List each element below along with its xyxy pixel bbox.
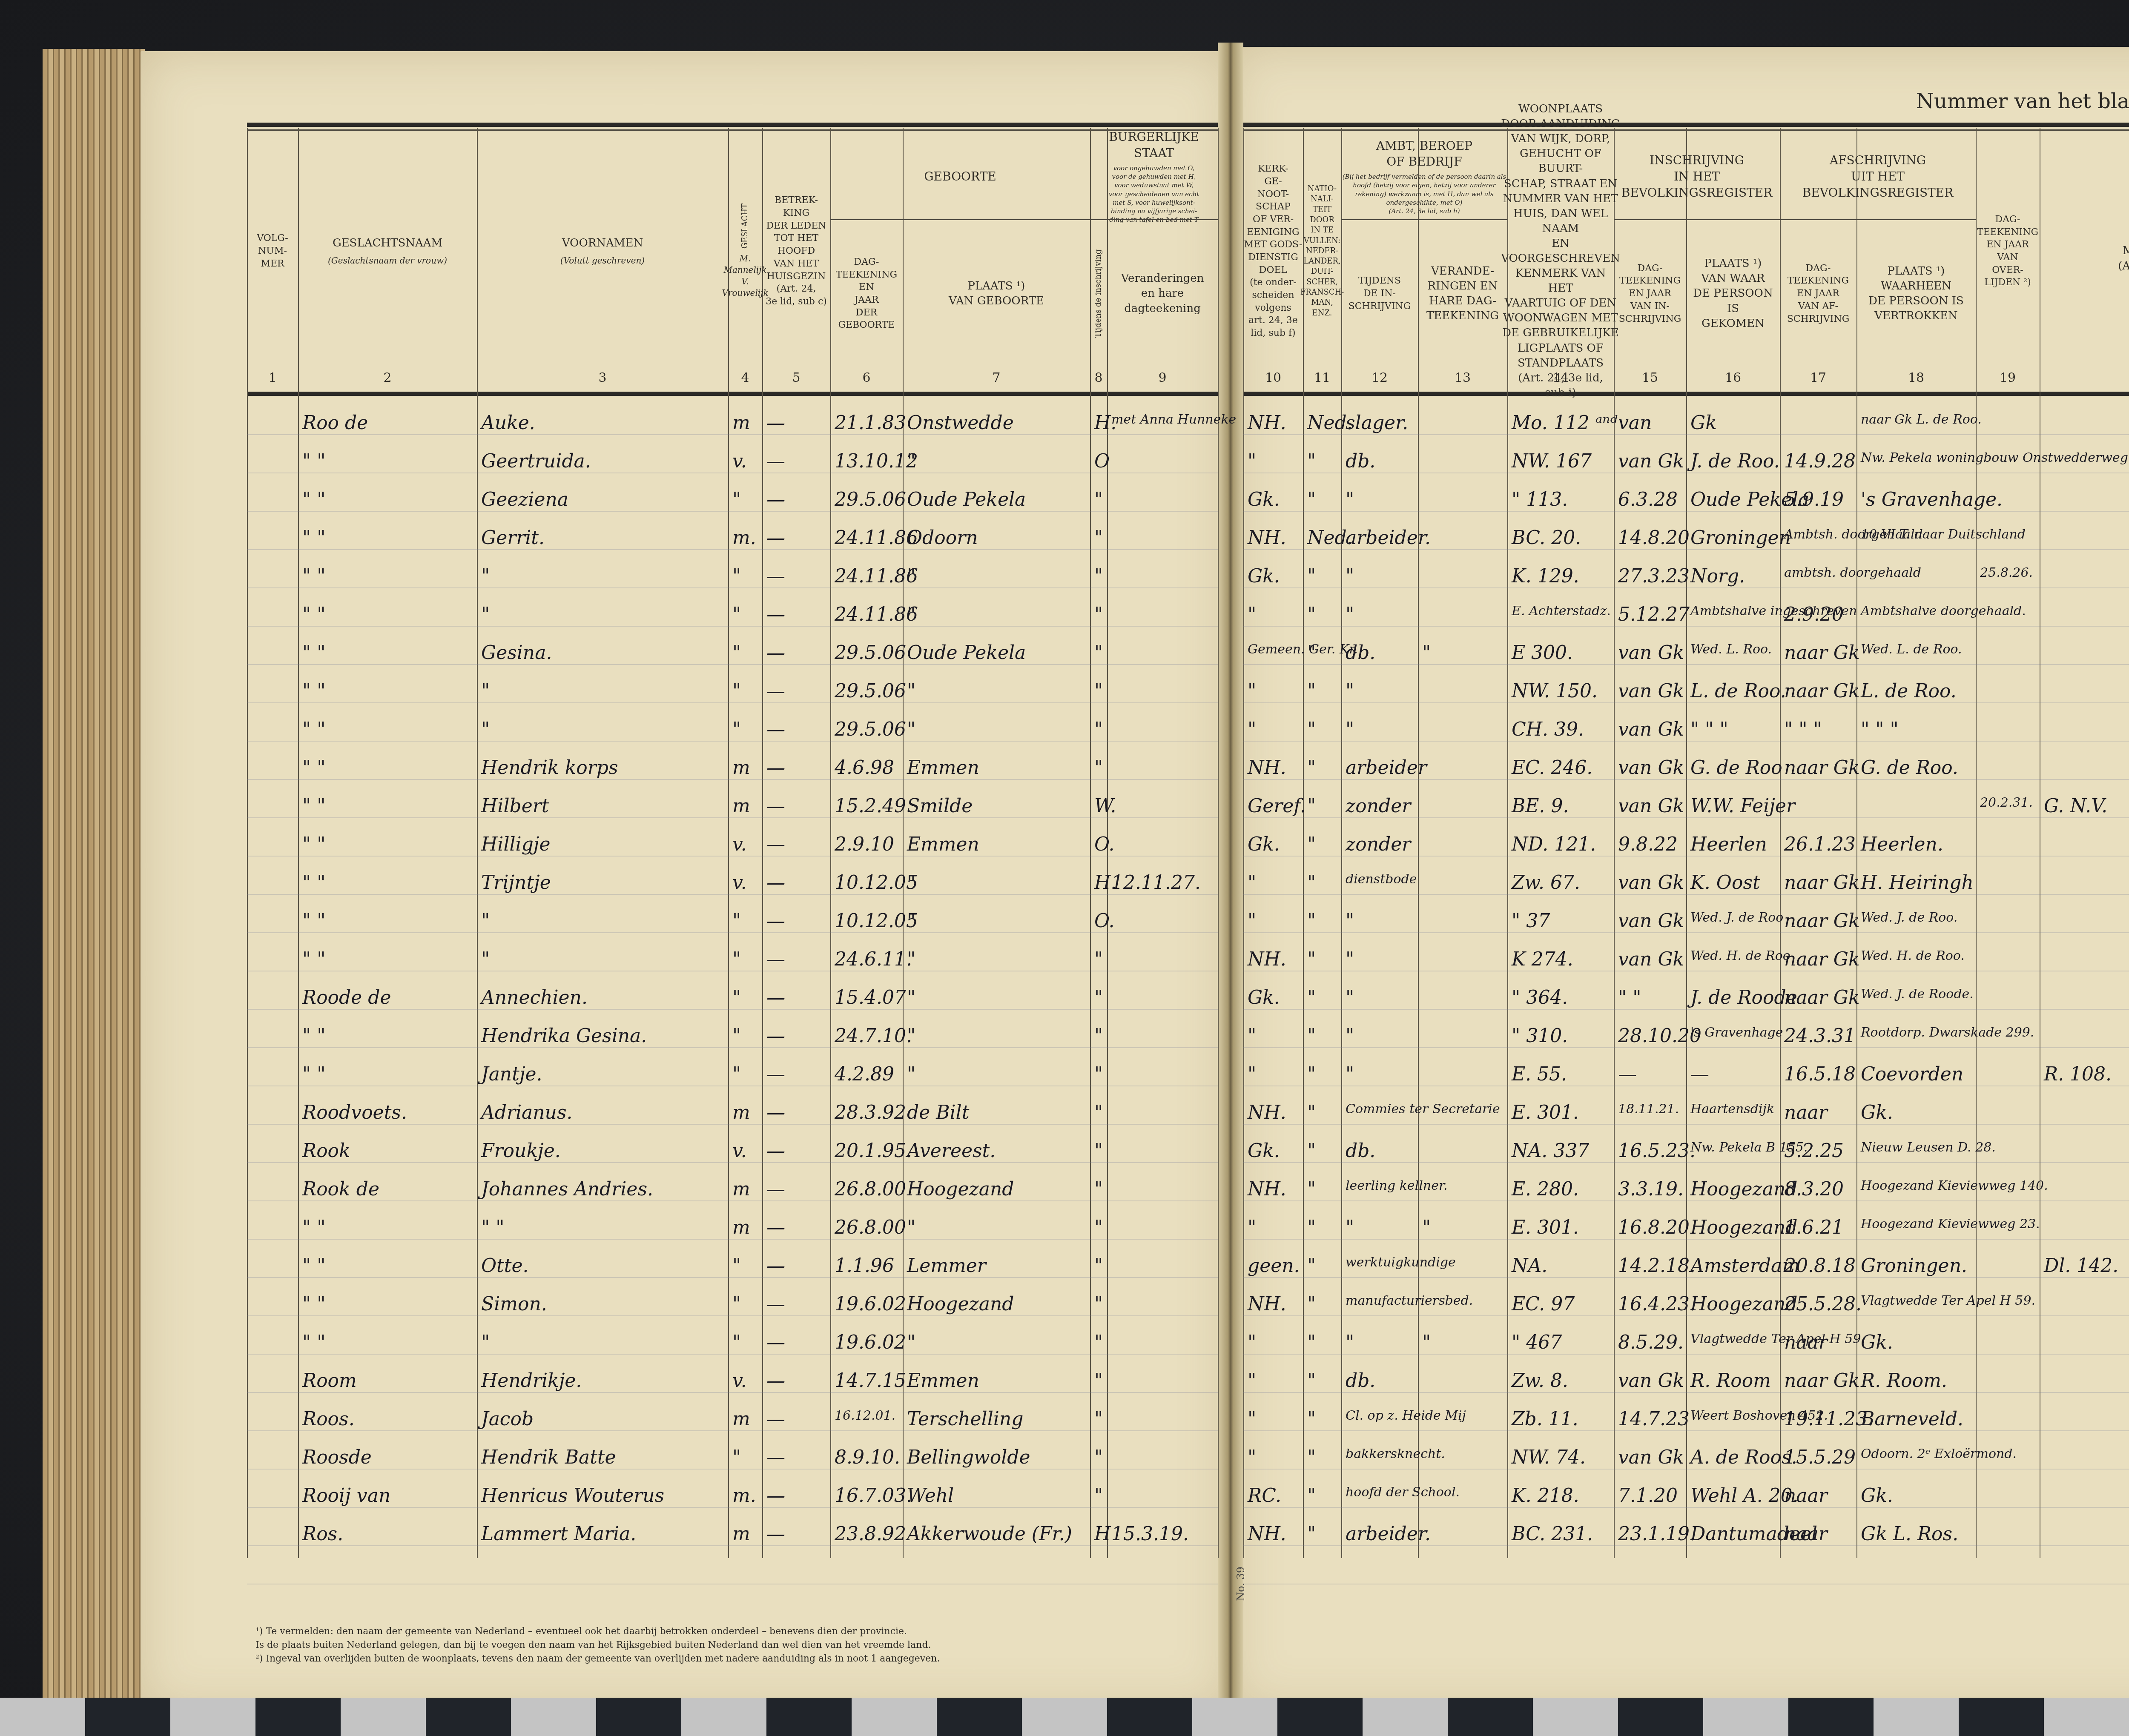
- group-rule: [830, 219, 1090, 220]
- cell-col-8: ": [1094, 1255, 1103, 1277]
- cell-col-5: —: [766, 412, 785, 434]
- cell-col-15: van Gk: [1618, 1447, 1684, 1468]
- column-line: [1218, 128, 1219, 1558]
- row-rule: [247, 1354, 1218, 1355]
- cell-col-8: O: [1094, 450, 1110, 472]
- cell-col-2: " ": [302, 834, 325, 855]
- row-rule: [1243, 511, 2129, 512]
- cell-col-7: ": [907, 948, 915, 970]
- cell-col-7: Hoogezand: [907, 1178, 1014, 1200]
- row-rule: [247, 1200, 1218, 1201]
- cell-col-16: Wed. J. de Roo: [1690, 910, 1783, 925]
- cell-col-7: Hoogezand: [907, 1293, 1014, 1315]
- cell-col-7: ": [907, 872, 915, 894]
- cell-col-16: L. de Roo.: [1690, 680, 1786, 702]
- cell-col-5: —: [766, 1447, 785, 1468]
- cell-col-10: ": [1248, 1408, 1256, 1430]
- cell-col-7: ": [907, 1217, 915, 1238]
- cell-col-15: 7.1.20: [1618, 1485, 1678, 1507]
- column-header-title: PLAATS ¹) VAN WAAR DE PERSOON IS GEKOMEN: [1686, 256, 1780, 331]
- cell-col-17: naar Gk: [1784, 987, 1860, 1008]
- cell-col-7: ": [907, 1332, 915, 1353]
- cell-col-17: naar Gk: [1784, 872, 1860, 894]
- column-number: 17: [1780, 370, 1856, 385]
- cell-col-18: G. de Roo.: [1861, 757, 1958, 779]
- cell-col-7: Terschelling: [907, 1408, 1023, 1430]
- cell-col-6: 29.5.06: [835, 680, 906, 702]
- cell-col-2: " ": [302, 1063, 325, 1085]
- cell-col-14: BE. 9.: [1512, 795, 1569, 817]
- row-rule: [1243, 1392, 2129, 1393]
- cell-col-2: Roode de: [302, 987, 391, 1008]
- cell-col-6: 16.12.01.: [835, 1408, 895, 1423]
- cell-col-4: ": [732, 1025, 741, 1047]
- column-header-subtitle: (Geslachtsnaam der vrouw): [328, 255, 447, 266]
- column-header-title: GESLACHTSNAAM: [333, 236, 442, 251]
- row-rule: [1243, 971, 2129, 971]
- cell-col-3: ": [481, 948, 490, 970]
- row-rule: [1243, 894, 2129, 895]
- column-header-title: KERK- GE- NOOT- SCHAP OF VER- EENIGING M…: [1244, 163, 1303, 340]
- row-rule: [247, 1507, 1218, 1508]
- row-rule: [247, 1047, 1218, 1048]
- cell-col-3: Henricus Wouterus: [481, 1485, 664, 1507]
- row-rule: [247, 1239, 1218, 1240]
- cell-col-4: v.: [732, 872, 747, 894]
- cell-col-15: 14.8.20: [1618, 527, 1690, 549]
- cell-col-6: 29.5.06: [835, 489, 906, 510]
- cell-col-17: 16.5.18: [1784, 1063, 1856, 1085]
- cell-col-8: ": [1094, 719, 1103, 740]
- cell-col-17: 2.9.20: [1784, 604, 1844, 625]
- cell-col-2: Roo de: [302, 412, 368, 434]
- cell-col-14: NW. 74.: [1512, 1447, 1586, 1468]
- cell-col-4: m: [732, 757, 750, 779]
- cell-col-5: —: [766, 1255, 785, 1277]
- footnote: ²) Ingeval van overlijden buiten de woon…: [255, 1653, 940, 1664]
- cell-col-12: ": [1346, 1063, 1354, 1085]
- column-header-title: GESLACHT: [740, 203, 750, 249]
- cell-col-2: Roodvoets.: [302, 1102, 407, 1123]
- cell-col-14: EC. 97: [1512, 1293, 1575, 1315]
- cell-col-13: ": [1422, 1217, 1431, 1238]
- row-rule: [1243, 1200, 2129, 1201]
- cell-col-3: Hilligje: [481, 834, 551, 855]
- cell-col-2: " ": [302, 1217, 325, 1238]
- cell-col-15: van Gk: [1618, 872, 1684, 894]
- row-rule: [247, 1392, 1218, 1393]
- cell-col-6: 26.8.00: [835, 1178, 906, 1200]
- cell-col-15: van Gk: [1618, 795, 1684, 817]
- cell-col-8: ": [1094, 1370, 1103, 1392]
- row-rule: [1243, 856, 2129, 857]
- cell-col-16: R. Room: [1690, 1370, 1771, 1392]
- cell-col-6: 21.1.83: [835, 412, 906, 434]
- cell-col-12: ": [1346, 489, 1354, 510]
- cell-col-5: —: [766, 680, 785, 702]
- column-number: 7: [903, 370, 1090, 385]
- cell-col-12: bakkersknecht.: [1346, 1447, 1445, 1461]
- cell-col-18: " " ": [1861, 719, 1899, 740]
- cell-col-2: Roosde: [302, 1447, 372, 1468]
- cell-col-6: 10.12.05: [835, 910, 918, 932]
- cell-col-8: O.: [1094, 834, 1114, 855]
- cell-col-3: Hendrik Batte: [481, 1447, 616, 1468]
- header-rule-left-thin: [247, 129, 1218, 131]
- cell-col-5: —: [766, 1217, 785, 1238]
- cell-col-7: ": [907, 565, 915, 587]
- cell-col-18: Wed. J. de Roode.: [1861, 987, 1974, 1002]
- cell-col-7: Akkerwoude (Fr.): [907, 1523, 1072, 1545]
- cell-col-4: m.: [732, 1485, 756, 1507]
- cell-col-6: 2.9.10: [835, 834, 894, 855]
- cell-col-17: naar: [1784, 1523, 1828, 1545]
- cell-col-11: ": [1307, 565, 1316, 587]
- row-rule: [1243, 549, 2129, 550]
- cell-col-10: Gk.: [1248, 565, 1280, 587]
- column-header-6: DAG- TEEKENING EN JAAR DER GEBOORTE: [830, 221, 903, 366]
- cell-col-17: 15.5.29: [1784, 1447, 1856, 1468]
- cell-col-15: 9.8.22: [1618, 834, 1678, 855]
- cell-col-16: Gk: [1690, 412, 1717, 434]
- cell-col-11: ": [1307, 489, 1316, 510]
- cell-col-15: van: [1618, 412, 1652, 434]
- cell-col-14: Zb. 11.: [1512, 1408, 1578, 1430]
- cell-col-7: Avereest.: [907, 1140, 996, 1162]
- cell-col-10: Gk.: [1248, 1140, 1280, 1162]
- cell-col-18: H. Heiringh: [1861, 872, 1974, 894]
- cell-col-12: db.: [1346, 1140, 1375, 1162]
- cell-col-5: —: [766, 948, 785, 970]
- cell-col-17: naar: [1784, 1485, 1828, 1507]
- cell-col-15: 23.1.19.: [1618, 1523, 1696, 1545]
- cell-col-8: ": [1094, 1102, 1103, 1123]
- cell-col-7: ": [907, 1025, 915, 1047]
- cell-col-19: 20.2.31.: [1980, 795, 2033, 810]
- cell-col-2: " ": [302, 450, 325, 472]
- cell-col-3: ": [481, 680, 490, 702]
- cell-col-18: 's Gravenhage.: [1861, 489, 2003, 510]
- cell-col-3: Hendrikje.: [481, 1370, 582, 1392]
- column-number: 5: [762, 370, 830, 385]
- cell-col-12: manufacturiersbed.: [1346, 1293, 1473, 1308]
- cell-col-10: NH.: [1248, 412, 1286, 434]
- row-rule: [247, 1430, 1218, 1431]
- cell-col-12: arbeider: [1346, 757, 1427, 779]
- cell-col-14: " 37: [1512, 910, 1550, 932]
- cell-col-7: ": [907, 680, 915, 702]
- cell-col-8: ": [1094, 680, 1103, 702]
- cell-col-2: Room: [302, 1370, 357, 1392]
- row-rule: [247, 894, 1218, 895]
- group-rule: [1090, 219, 1218, 220]
- cell-col-6: 19.6.02: [835, 1332, 906, 1353]
- cell-col-18: Vlagtwedde Ter Apel H 59.: [1861, 1293, 2035, 1308]
- cell-col-15: 27.3.23: [1618, 565, 1690, 587]
- column-number: 11: [1303, 370, 1341, 385]
- cell-col-3: ": [481, 910, 490, 932]
- cell-col-2: " ": [302, 604, 325, 625]
- cell-col-20: R. 108.: [2044, 1063, 2112, 1085]
- cell-col-9: met Anna Hunneke: [1111, 412, 1236, 427]
- column-header-15: DAG- TEEKENING EN JAAR VAN IN- SCHRIJVIN…: [1614, 221, 1686, 366]
- group-header-note: (Bij het bedrijf vermelden of de persoon…: [1341, 172, 1507, 215]
- cell-col-17: 14.9.28: [1784, 450, 1856, 472]
- cell-col-4: v.: [732, 834, 747, 855]
- cell-col-11: ": [1307, 642, 1316, 664]
- cell-col-5: —: [766, 987, 785, 1008]
- row-rule: [247, 1584, 1218, 1584]
- cell-col-14: " 113.: [1512, 489, 1568, 510]
- cell-col-2: Rook: [302, 1140, 350, 1162]
- cell-col-12: ": [1346, 680, 1354, 702]
- row-rule: [1243, 779, 2129, 780]
- cell-col-11: ": [1307, 604, 1316, 625]
- cell-col-17: naar Gk: [1784, 1370, 1860, 1392]
- cell-col-3: Geertruida.: [481, 450, 591, 472]
- cell-col-8: ": [1094, 1178, 1103, 1200]
- cell-col-15: 28.10.20: [1618, 1025, 1701, 1047]
- cell-col-15: " ": [1618, 987, 1641, 1008]
- cell-col-2: Ros.: [302, 1523, 343, 1545]
- cell-col-10: ": [1248, 1447, 1256, 1468]
- cell-col-5: —: [766, 1025, 785, 1047]
- column-header-12: TIJDENS DE IN- SCHRIJVING: [1341, 221, 1418, 366]
- cell-col-7: Odoorn: [907, 527, 978, 549]
- column-number: 1: [247, 370, 298, 385]
- cell-col-10: NH.: [1248, 1102, 1286, 1123]
- row-rule: [247, 1545, 1218, 1546]
- cell-col-16: Hoogezand: [1690, 1178, 1797, 1200]
- cell-col-5: —: [766, 1523, 785, 1545]
- column-header-title: DAG- TEEKENING EN JAAR VAN IN- SCHRIJVIN…: [1619, 262, 1681, 325]
- cell-col-11: ": [1307, 1178, 1316, 1200]
- row-rule: [1243, 626, 2129, 627]
- cell-col-3: Hilbert: [481, 795, 549, 817]
- cell-col-16: Norg.: [1690, 565, 1745, 587]
- cell-col-7: ": [907, 910, 915, 932]
- cell-col-4: m: [732, 1523, 750, 1545]
- cell-col-11: ": [1307, 872, 1316, 894]
- cell-col-10: ": [1248, 450, 1256, 472]
- cell-col-18: Rootdorp. Dwarskade 299.: [1861, 1025, 2034, 1040]
- cell-col-10: Gk.: [1248, 987, 1280, 1008]
- row-rule: [247, 932, 1218, 933]
- cell-col-8: ": [1094, 1447, 1103, 1468]
- column-header-title: PLAATS ¹) WAARHEEN DE PERSOON IS VERTROK…: [1868, 264, 1964, 324]
- cell-col-3: Hendrika Gesina.: [481, 1025, 647, 1047]
- row-rule: [247, 1469, 1218, 1470]
- cell-col-12: Cl. op z. Heide Mij: [1346, 1408, 1466, 1423]
- column-header-1: VOLG- NUM- MER: [247, 136, 298, 366]
- cell-col-10: ": [1248, 1063, 1256, 1085]
- cell-col-18: Wed. H. de Roo.: [1861, 948, 1965, 963]
- cell-col-7: Wehl: [907, 1485, 954, 1507]
- cell-col-7: Emmen: [907, 1370, 979, 1392]
- group-header-label: AMBT, BEROEP OF BEDRIJF: [1376, 138, 1472, 170]
- cell-col-10: ": [1248, 872, 1256, 894]
- column-header-20: AAN- MERKINGEN (Art. 24, 5e lid): [2040, 136, 2129, 366]
- cell-col-11: ": [1307, 1025, 1316, 1047]
- cell-col-9: 12.11.27.: [1111, 872, 1201, 894]
- cell-col-4: m: [732, 412, 750, 434]
- group-header-label: GEBOORTE: [924, 169, 996, 185]
- cell-col-12: ": [1346, 1025, 1354, 1047]
- column-header-title: VERANDE- RINGEN EN HARE DAG- TEEKENING: [1426, 264, 1499, 324]
- column-header-10: KERK- GE- NOOT- SCHAP OF VER- EENIGING M…: [1243, 136, 1303, 366]
- cell-col-18: Gk L. Ros.: [1861, 1523, 1958, 1545]
- column-header-title: PLAATS ¹) VAN GEBOORTE: [949, 279, 1044, 309]
- column-header-title: WOONPLAATS DOOR AANDUIDING VAN WIJK, DOR…: [1501, 102, 1620, 401]
- cell-col-18: Coevorden: [1861, 1063, 1963, 1085]
- cell-col-16: 's Gravenhage: [1690, 1025, 1783, 1040]
- cell-col-4: ": [732, 489, 741, 510]
- row-rule: [1243, 1277, 2129, 1278]
- cell-col-16: Vlagtwedde Ter Apel H 59.: [1690, 1332, 1865, 1346]
- cell-col-11: ": [1307, 1255, 1316, 1277]
- group-header-label: BURGERLIJKE STAAT: [1109, 129, 1199, 161]
- cell-col-14: K 274.: [1512, 948, 1573, 970]
- column-header-9: Veranderingen en hare dagteekening: [1107, 221, 1218, 366]
- column-header-title: DAG- TEEKENING EN JAAR DER GEBOORTE: [836, 256, 897, 332]
- cell-col-16: Hoogezand: [1690, 1293, 1797, 1315]
- cell-col-6: 24.11.86: [835, 604, 918, 625]
- cell-col-14: NW. 167: [1512, 450, 1592, 472]
- cell-col-18: 10 VI T. naar Duitschland: [1861, 527, 2026, 542]
- cell-col-18: Hoogezand Kieviewweg 23.: [1861, 1217, 2040, 1232]
- cell-col-5: —: [766, 489, 785, 510]
- cell-col-5: —: [766, 565, 785, 587]
- cell-col-5: —: [766, 1178, 785, 1200]
- cell-col-16: J. de Roo.: [1690, 450, 1780, 472]
- cell-col-7: Onstwedde: [907, 412, 1014, 434]
- cell-col-5: —: [766, 642, 785, 664]
- group-header: AFSCHRIJVING UIT HET BEVOLKINGSREGISTER: [1780, 136, 1976, 217]
- cell-col-14: EC. 246.: [1512, 757, 1592, 779]
- cell-col-3: Jacob: [481, 1408, 534, 1430]
- cell-col-8: ": [1094, 1485, 1103, 1507]
- cell-col-7: ": [907, 450, 915, 472]
- cell-col-14: NW. 150.: [1512, 680, 1598, 702]
- cell-col-12: ": [1346, 1332, 1354, 1353]
- cell-col-6: 15.4.07: [835, 987, 906, 1008]
- column-number: 16: [1686, 370, 1780, 385]
- cell-col-13: ": [1422, 1332, 1431, 1353]
- cell-col-6: 14.7.15: [835, 1370, 906, 1392]
- cell-col-12: db.: [1346, 642, 1375, 664]
- cell-col-12: ": [1346, 910, 1354, 932]
- cell-col-18: Wed. L. de Roo.: [1861, 642, 1962, 657]
- cell-col-12: ": [1346, 565, 1354, 587]
- cell-col-18: Hoogezand Kieviewweg 140.: [1861, 1178, 2048, 1193]
- cell-col-5: —: [766, 1140, 785, 1162]
- cell-col-4: ": [732, 642, 741, 664]
- row-rule: [1243, 1545, 2129, 1546]
- cell-col-7: Emmen: [907, 834, 979, 855]
- cell-col-6: 15.2.49: [835, 795, 906, 817]
- cell-col-8: ": [1094, 642, 1103, 664]
- cell-col-6: 26.8.00: [835, 1217, 906, 1238]
- cell-col-14: NA.: [1512, 1255, 1547, 1277]
- cell-col-16: " " ": [1690, 719, 1728, 740]
- cell-col-3: Annechien.: [481, 987, 588, 1008]
- row-rule: [1243, 817, 2129, 818]
- cell-col-8: ": [1094, 527, 1103, 549]
- cell-col-20: G. N.V.: [2044, 795, 2107, 817]
- cell-col-5: —: [766, 1370, 785, 1392]
- column-number: 13: [1418, 370, 1507, 385]
- column-number: 12: [1341, 370, 1418, 385]
- row-rule: [247, 741, 1218, 742]
- cell-col-16: Groningen: [1690, 527, 1791, 549]
- cell-col-10: ": [1248, 1025, 1256, 1047]
- row-rule: [1243, 1354, 2129, 1355]
- cell-col-10: NH.: [1248, 1523, 1286, 1545]
- cell-col-17: 1.6.21: [1784, 1217, 1844, 1238]
- group-header: INSCHRIJVING IN HET BEVOLKINGSREGISTER: [1614, 136, 1780, 217]
- cell-col-6: 24.11.86: [835, 527, 918, 549]
- cell-col-11: ": [1307, 680, 1316, 702]
- cell-col-17: naar: [1784, 1102, 1828, 1123]
- cell-col-7: Emmen: [907, 757, 979, 779]
- row-rule: [247, 702, 1218, 703]
- column-header-14: WOONPLAATS DOOR AANDUIDING VAN WIJK, DOR…: [1507, 136, 1614, 366]
- cell-col-12: Commies ter Secretarie: [1346, 1102, 1500, 1117]
- cell-col-6: 23.8.92: [835, 1523, 906, 1545]
- cell-col-3: Simon.: [481, 1293, 547, 1315]
- cell-col-3: Adrianus.: [481, 1102, 573, 1123]
- cell-col-10: NH.: [1248, 757, 1286, 779]
- cell-col-15: van Gk: [1618, 1370, 1684, 1392]
- cell-col-16: Hoogezand: [1690, 1217, 1797, 1238]
- cell-col-17: 20.8.18: [1784, 1255, 1856, 1277]
- column-header-3: VOORNAMEN(Volutt geschreven): [477, 136, 728, 366]
- row-rule: [1243, 473, 2129, 473]
- cell-col-15: —: [1618, 1063, 1637, 1085]
- cell-col-11: ": [1307, 1063, 1316, 1085]
- cell-col-6: 24.6.11.: [835, 948, 912, 970]
- cell-col-14: E. 301.: [1512, 1217, 1579, 1238]
- cell-col-17: 8.3.20: [1784, 1178, 1844, 1200]
- cell-col-2: " ": [302, 795, 325, 817]
- cell-col-5: —: [766, 1102, 785, 1123]
- group-rule: [1341, 219, 1507, 220]
- row-rule: [1243, 1124, 2129, 1125]
- cell-col-4: m.: [732, 527, 756, 549]
- cell-col-3: Froukje.: [481, 1140, 561, 1162]
- cell-col-18: naar Gk L. de Roo.: [1861, 412, 1982, 427]
- cell-col-4: ": [732, 1332, 741, 1353]
- cell-col-3: Auke.: [481, 412, 535, 434]
- cell-col-11: ": [1307, 1102, 1316, 1123]
- cell-col-10: ": [1248, 680, 1256, 702]
- cell-col-11: ": [1307, 1370, 1316, 1392]
- cell-col-11: ": [1307, 1140, 1316, 1162]
- group-header: GEBOORTE: [830, 136, 1090, 217]
- row-rule: [1243, 1047, 2129, 1048]
- column-header-2: GESLACHTSNAAM(Geslachtsnaam der vrouw): [298, 136, 477, 366]
- row-rule: [247, 856, 1218, 857]
- cell-col-17: naar Gk: [1784, 948, 1860, 970]
- row-rule: [247, 473, 1218, 473]
- cell-col-10: NH.: [1248, 1178, 1286, 1200]
- cell-col-3: Gerrit.: [481, 527, 545, 549]
- cell-col-11: ": [1307, 450, 1316, 472]
- row-rule: [247, 664, 1218, 665]
- cell-col-5: —: [766, 1293, 785, 1315]
- cell-col-18: Nw. Pekela woningbouw Onstwedderweg.: [1861, 450, 2129, 465]
- column-number: 19: [1976, 370, 2040, 385]
